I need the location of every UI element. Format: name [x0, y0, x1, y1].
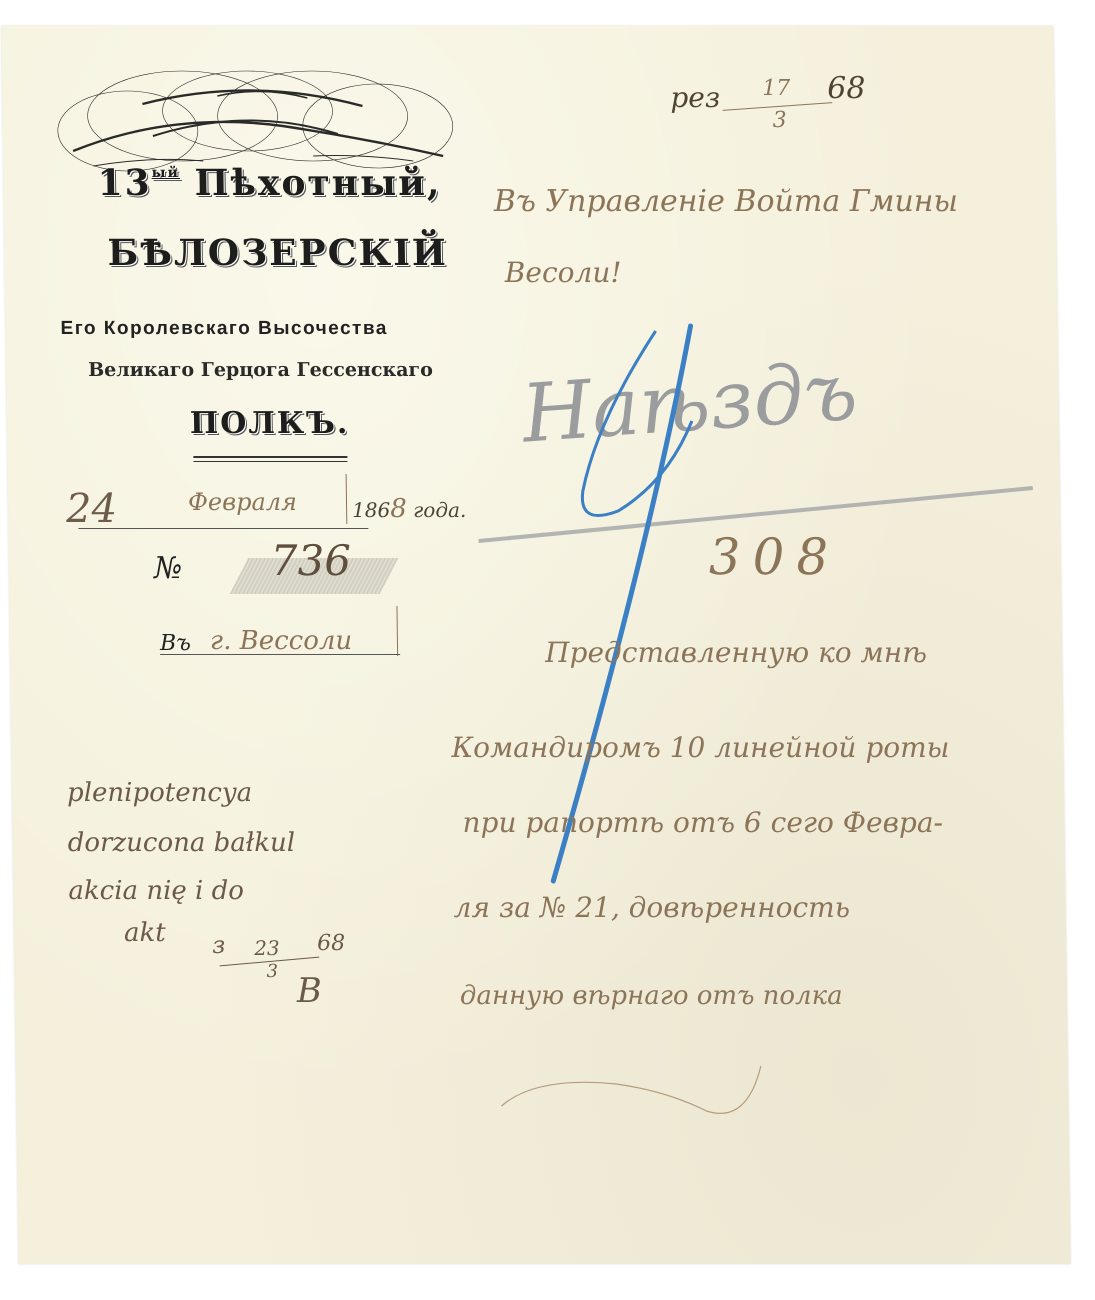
letterhead-line-regiment-number: 13ый Пѣхотный, — [97, 162, 441, 204]
margin-stamp-numerator: 23 — [254, 936, 280, 960]
registration-denominator: 3 — [773, 108, 787, 133]
letterhead-line-patron-name: Великаго Герцога Гессенскаго — [88, 359, 433, 381]
body-line-5: данную вѣрнаго отъ полка — [460, 981, 843, 1011]
regiment-number: 13 — [97, 162, 152, 204]
place-value: г. Вессоли — [210, 626, 353, 656]
body-line-4: ля за № 21, довѣренность — [453, 891, 850, 924]
date-day: 24 — [66, 486, 118, 532]
letterhead-line-regiment-word: ПОЛКЪ. — [190, 406, 350, 441]
letterhead-line-patron-title: Его Королевскаго Высочества — [60, 318, 388, 340]
regiment-type: Пѣхотный, — [194, 162, 441, 204]
registration-year: 68 — [827, 71, 866, 106]
margin-note-line-4: akt — [124, 918, 166, 948]
addressee-line-2: Весоли! — [505, 256, 622, 289]
closing-flourish — [496, 1046, 777, 1126]
date-month-bracket — [346, 474, 349, 524]
margin-initial: В — [297, 971, 323, 1011]
number-value: 736 — [270, 536, 351, 585]
place-prefix: Въ — [160, 631, 191, 656]
place-bracket — [396, 606, 399, 656]
registration-prefix: рез — [670, 81, 720, 114]
body-line-2: Командиромъ 10 линейной роты — [451, 731, 949, 764]
date-underline — [78, 528, 368, 529]
margin-stamp-year: 68 — [317, 931, 345, 956]
margin-note-line-3: akcia nię i do — [68, 876, 244, 906]
ordinal-suffix: ый — [151, 165, 180, 181]
blue-pencil-slash-mark — [525, 311, 733, 891]
addressee-line-1: Въ Управленіе Войта Гмины — [494, 184, 959, 219]
letterhead-underline — [193, 456, 347, 462]
letterhead-line-regiment-name: БѢЛОЗЕРСКІЙ — [107, 232, 448, 274]
number-label: № — [154, 551, 183, 586]
margin-note-line-2: dorzucona bałkul — [68, 828, 296, 858]
margin-stamp-prefix: з — [212, 931, 225, 959]
document-page: 13ый Пѣхотный, БѢЛОЗЕРСКІЙ Его Королевск… — [1, 26, 1070, 1264]
date-month: Февраля — [188, 488, 297, 516]
pencil-annotation-number: 308 — [708, 528, 840, 586]
registration-numerator: 17 — [762, 76, 790, 101]
body-line-1: Представленную ко мнѣ — [545, 636, 927, 669]
place-underline — [160, 654, 400, 655]
margin-note-line-1: plenipotencya — [67, 778, 252, 808]
body-line-3: при рапортѣ отъ 6 сего Февра- — [462, 806, 943, 839]
margin-stamp-denominator: 3 — [266, 961, 278, 982]
date-year: 1868 года. — [352, 494, 467, 524]
